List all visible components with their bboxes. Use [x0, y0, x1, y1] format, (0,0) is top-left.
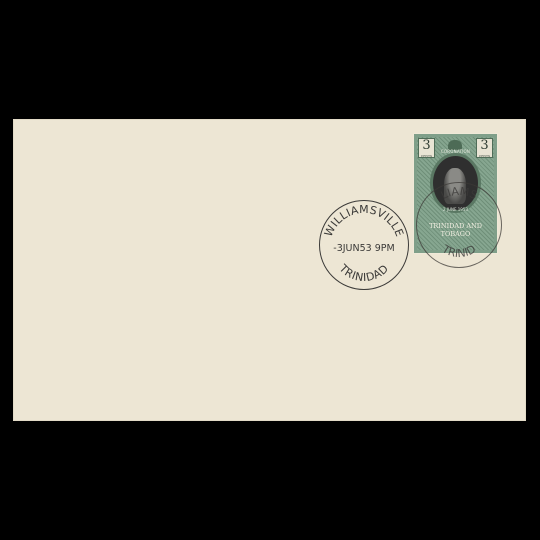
svg-text:WILLIAMSVILLE: WILLIAMSVILLE [322, 203, 406, 239]
postmark-town: WILLIAMSVILLE [322, 203, 406, 239]
stamp-cancel-postmark: LIAMS TRINID [416, 182, 502, 268]
postmark-date: -3JUN53 9PM [333, 243, 394, 254]
stamp-value-right: 3 CENTS [476, 138, 493, 158]
stamp-value-left: 3 CENTS [418, 138, 435, 158]
svg-text:LIAMS: LIAMS [439, 185, 480, 202]
williamsville-postmark: WILLIAMSVILLE TRINIDAD -3JUN53 9PM [319, 200, 409, 290]
postmark-text: WILLIAMSVILLE TRINIDAD -3JUN53 9PM [320, 201, 408, 289]
svg-text:TRINID: TRINID [439, 242, 478, 260]
stamp-top-text: CORONATION [432, 149, 479, 154]
svg-text:TRINIDAD: TRINIDAD [336, 261, 391, 284]
stamp-cancel-text: LIAMS TRINID [417, 183, 501, 267]
postmark-country: TRINIDAD [336, 261, 391, 284]
